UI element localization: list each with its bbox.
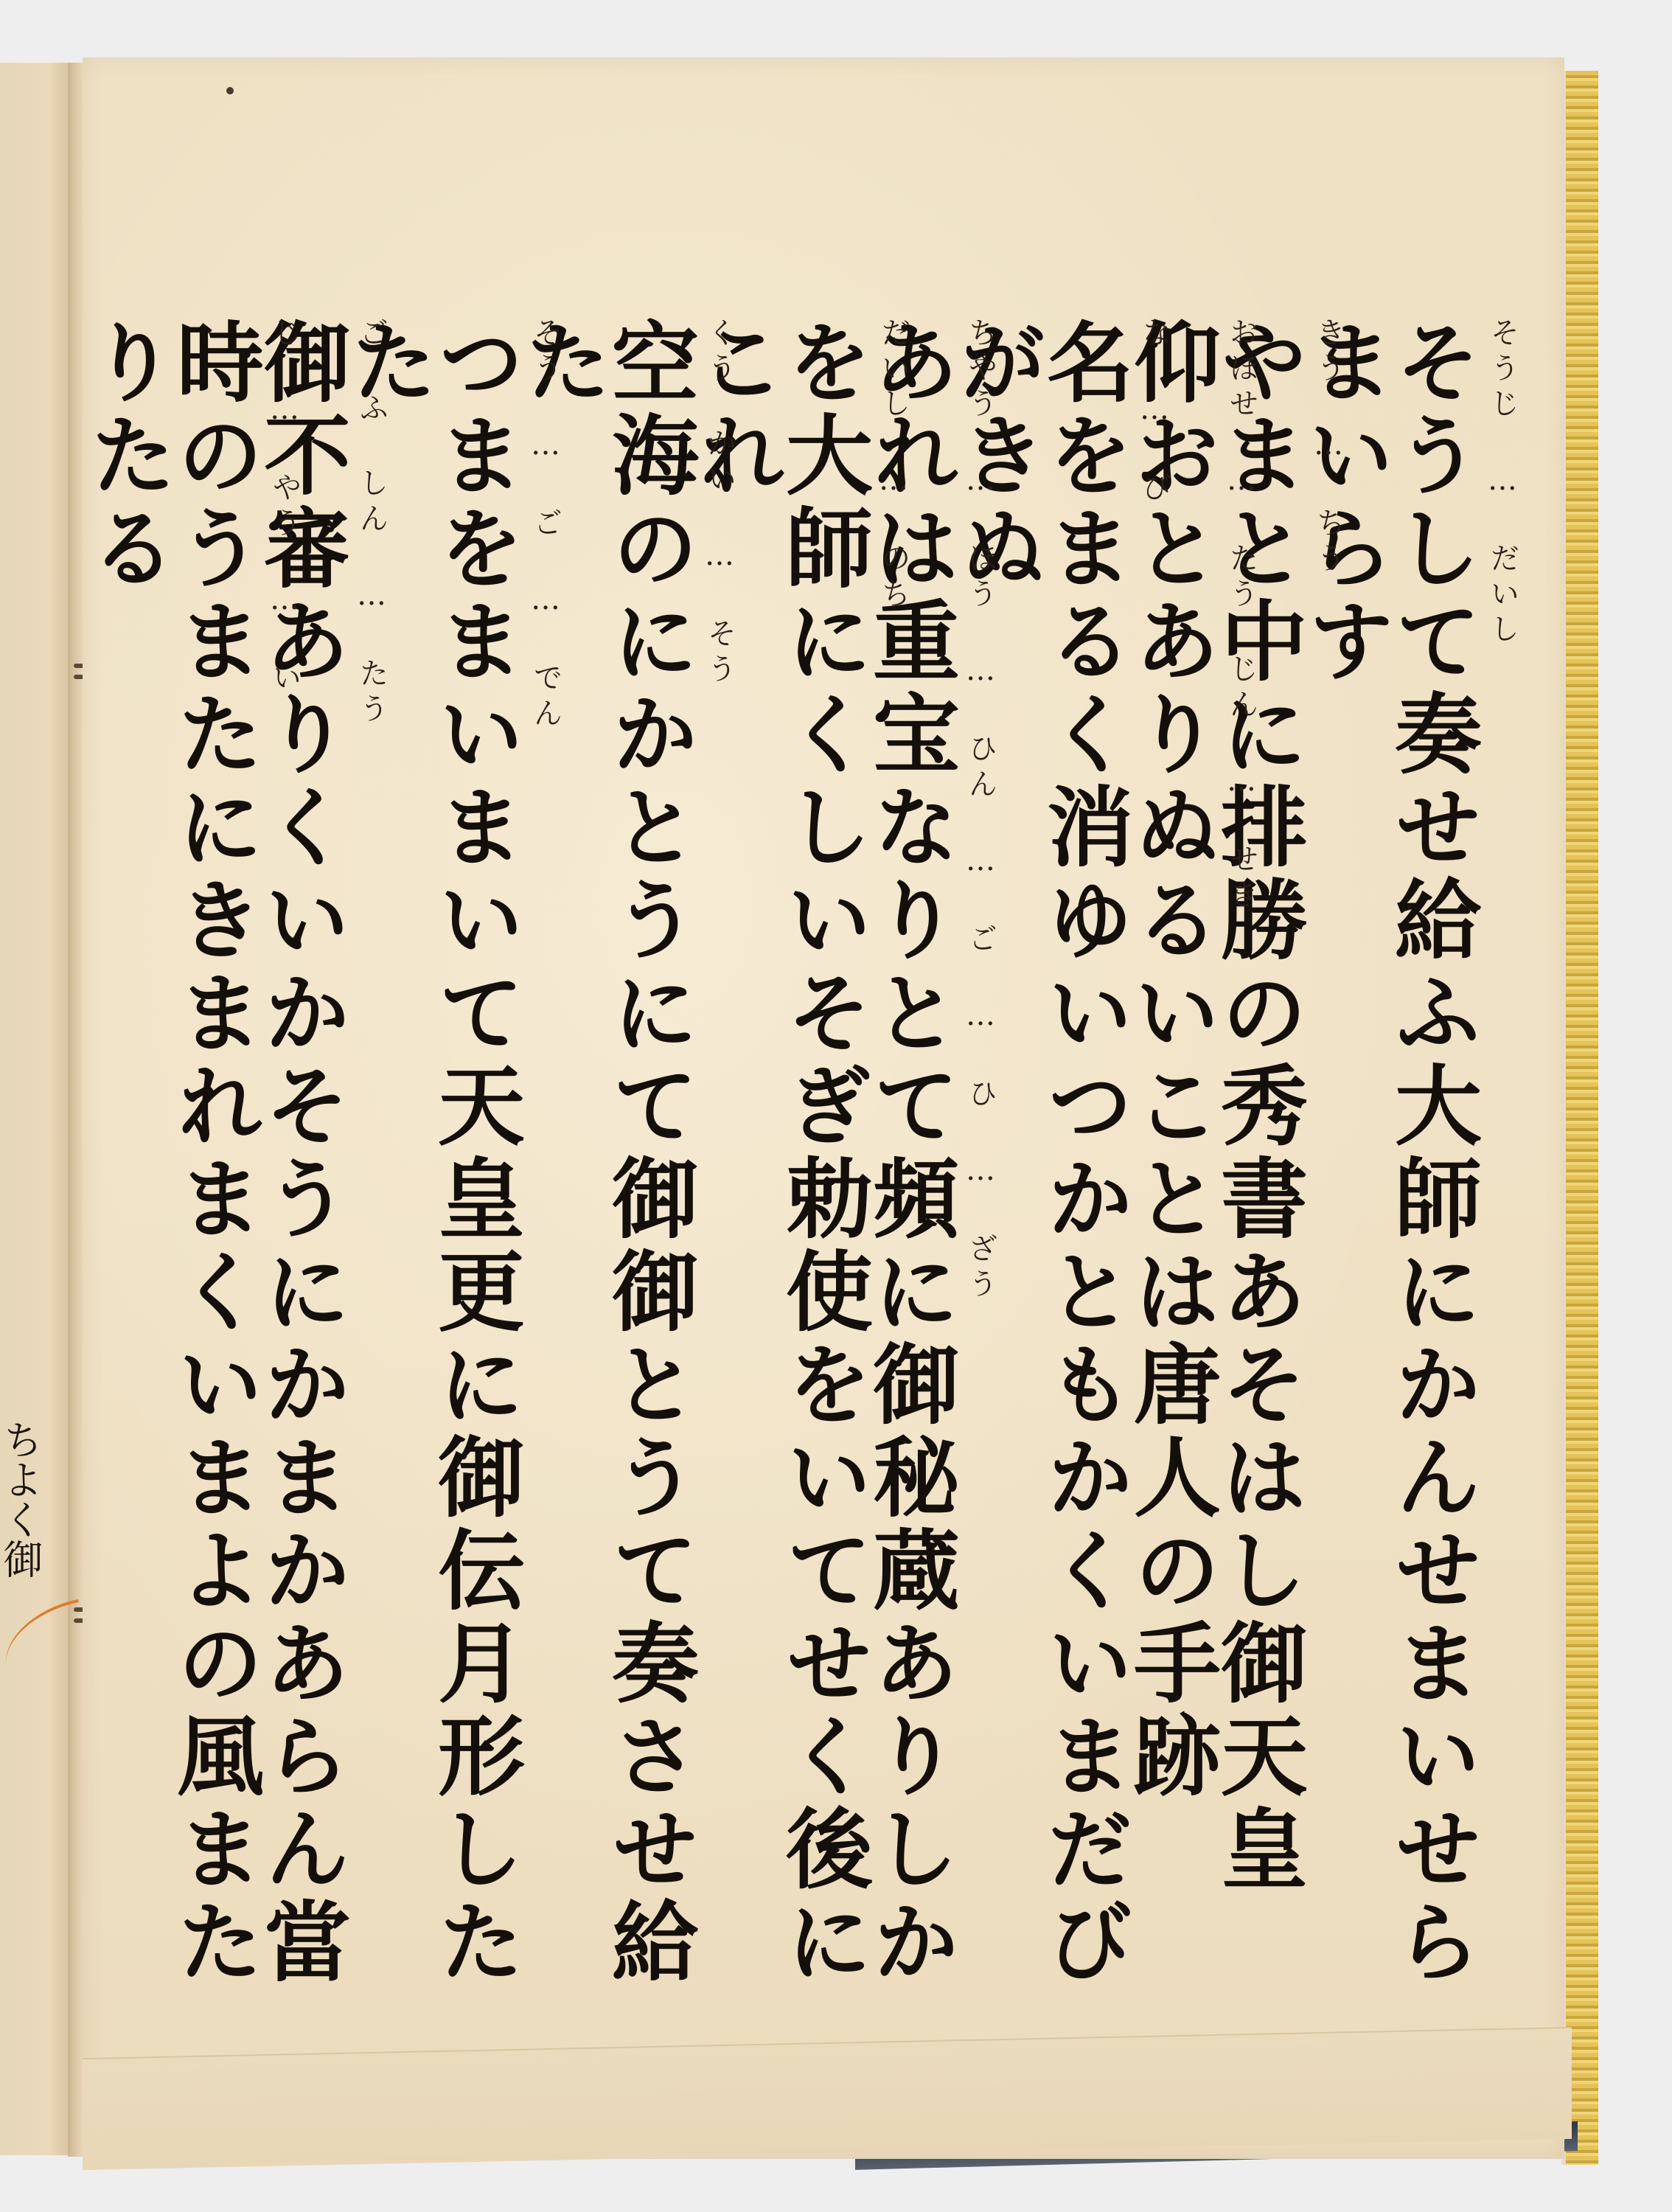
left-page-text-fragment: ちよく御 [0,1419,40,1579]
furigana: な … び [1140,317,1169,507]
furigana: ご ふ しん … たう [357,317,386,728]
text-column-3: 仰おとありぬるいことは唐人の手跡おほせ … たう じん … せき [1126,317,1213,2042]
furigana: ちやう … ほう … ひん … ご … ひ … ざう [966,317,995,1304]
furigana: そう … ご … でん [531,317,560,733]
furigana: そうじ … だいし [1488,317,1517,649]
furigana: おほせ … たう じん … せき [1227,317,1256,914]
furigana: くう かい … そう [705,317,734,689]
furigana: じ … やう … い [270,317,299,698]
furigana: きう … ちう [1314,317,1343,578]
furigana: だいし … のち [879,317,908,613]
paper-spot [226,87,234,94]
text-columns: そうして奏せ給ふ大師にかんせまいせらまいらすそうじ … だいし やまと中に排勝の… [162,317,1474,2042]
text-column-10: 時のうまたにきまれまくいまよの風またりたるじ … やう … い [83,317,257,2042]
left-page: ちよく御 [0,63,69,2155]
gold-book-edge [1561,71,1598,2165]
